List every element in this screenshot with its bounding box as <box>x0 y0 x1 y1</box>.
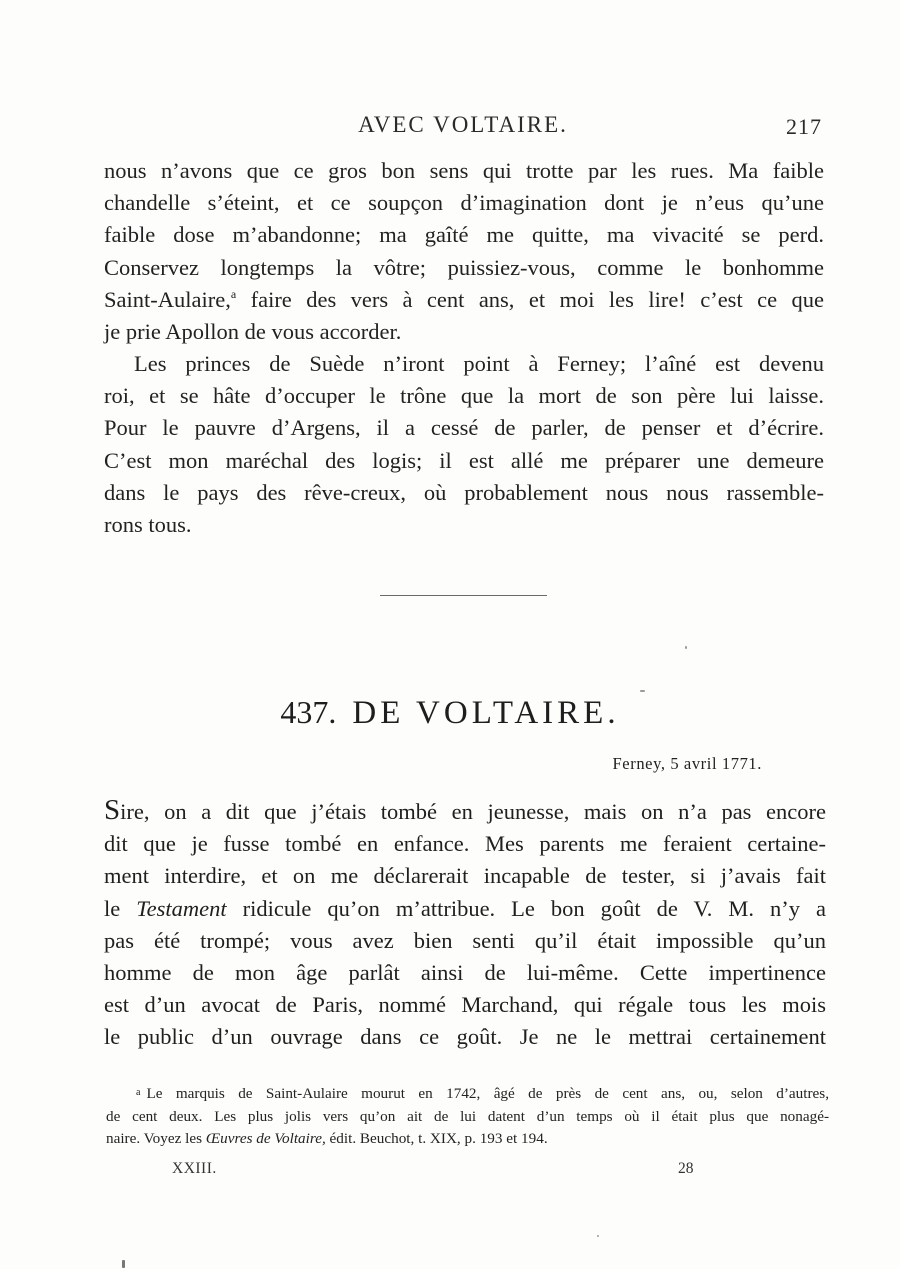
footnote-line: de cent deux. Les plus jolis vers qu’on … <box>106 1106 829 1129</box>
text-fragment: faire des vers à cent ans, et moi les li… <box>236 287 824 312</box>
text-line: rons tous. <box>104 509 824 541</box>
text-line: je prie Apollon de vous accorder. <box>104 316 824 348</box>
letter-number: 437. <box>280 694 336 730</box>
initial-letter: S <box>104 794 120 826</box>
text-line: chandelle s’éteint, et ce soupçon d’imag… <box>104 187 824 219</box>
text-line: nous n’avons que ce gros bon sens qui tr… <box>104 155 824 187</box>
text-line: est d’un avocat de Paris, nommé Marchand… <box>104 989 826 1021</box>
letter-title: DE VOLTAIRE. <box>352 695 619 731</box>
text-line: dit que je fusse tombé en enfance. Mes p… <box>104 828 826 860</box>
second-paragraph: Les princes de Suède n’iront point à Fer… <box>104 348 824 541</box>
text-line: pas été trompé; vous avez bien senti qu’… <box>104 925 826 957</box>
text-fragment: édit. Beuchot, t. XIX, p. 193 et 194. <box>326 1130 548 1147</box>
text-fragment: naire. Voyez les <box>106 1130 206 1147</box>
footnote-line: naire. Voyez les Œuvres de Voltaire, édi… <box>106 1128 829 1151</box>
text-fragment: ire, on a dit que j’étais tombé en jeune… <box>120 799 826 824</box>
letter-body: Sire, on a dit que j’étais tombé en jeun… <box>104 796 826 1054</box>
text-fragment: Le marquis de Saint-Aulaire mourut en 17… <box>146 1085 829 1102</box>
sheet-signature: 28 <box>678 1160 694 1178</box>
text-fragment: ridicule qu’on m’attribue. Le bon goût d… <box>227 896 826 921</box>
scan-speck <box>122 1260 125 1268</box>
text-line: Sire, on a dit que j’étais tombé en jeun… <box>104 796 826 828</box>
text-fragment: le <box>104 896 136 921</box>
text-line: le Testament ridicule qu’on m’attribue. … <box>104 893 826 925</box>
text-fragment: Saint-Aulaire, <box>104 287 231 312</box>
text-line: ment interdire, et on me déclarerait inc… <box>104 860 826 892</box>
scan-speck <box>685 646 687 649</box>
text-line: roi, et se hâte d’occuper le trône que l… <box>104 380 824 412</box>
footnote-mark: a <box>136 1087 140 1098</box>
italic-title: Testament <box>136 896 226 921</box>
text-line: Conservez longtemps la vôtre; puissiez-v… <box>104 252 824 284</box>
scan-speck <box>640 690 645 692</box>
text-line: Pour le pauvre d’Argens, il a cessé de p… <box>104 412 824 444</box>
letter-heading: 437.DE VOLTAIRE. <box>0 694 900 732</box>
scan-speck <box>597 1235 599 1237</box>
dateline: Ferney, 5 avril 1771. <box>613 754 762 774</box>
footnote: aLe marquis de Saint-Aulaire mourut en 1… <box>136 1082 829 1151</box>
text-line: faible dose m’abandonne; ma gaîté me qui… <box>104 219 824 251</box>
volume-signature: XXIII. <box>172 1160 217 1178</box>
text-line: dans le pays des rêve-creux, où probable… <box>104 477 824 509</box>
text-line: homme de mon âge parlât ainsi de lui-mêm… <box>104 957 826 989</box>
text-line: Saint-Aulaire,a faire des vers à cent an… <box>104 284 824 316</box>
italic-title: Œuvres de Voltaire, <box>206 1130 326 1147</box>
running-head: AVEC VOLTAIRE. 217 <box>104 112 822 142</box>
text-line: le public d’un ouvrage dans ce goût. Je … <box>104 1021 826 1053</box>
section-divider <box>380 595 547 596</box>
footnote-line: aLe marquis de Saint-Aulaire mourut en 1… <box>136 1082 829 1106</box>
text-line: Les princes de Suède n’iront point à Fer… <box>104 348 824 380</box>
continuation-paragraph: nous n’avons que ce gros bon sens qui tr… <box>104 155 824 348</box>
running-title: AVEC VOLTAIRE. <box>104 112 822 138</box>
text-line: C’est mon maréchal des logis; il est all… <box>104 445 824 477</box>
book-page: AVEC VOLTAIRE. 217 nous n’avons que ce g… <box>0 0 900 1269</box>
page-number: 217 <box>786 114 822 140</box>
